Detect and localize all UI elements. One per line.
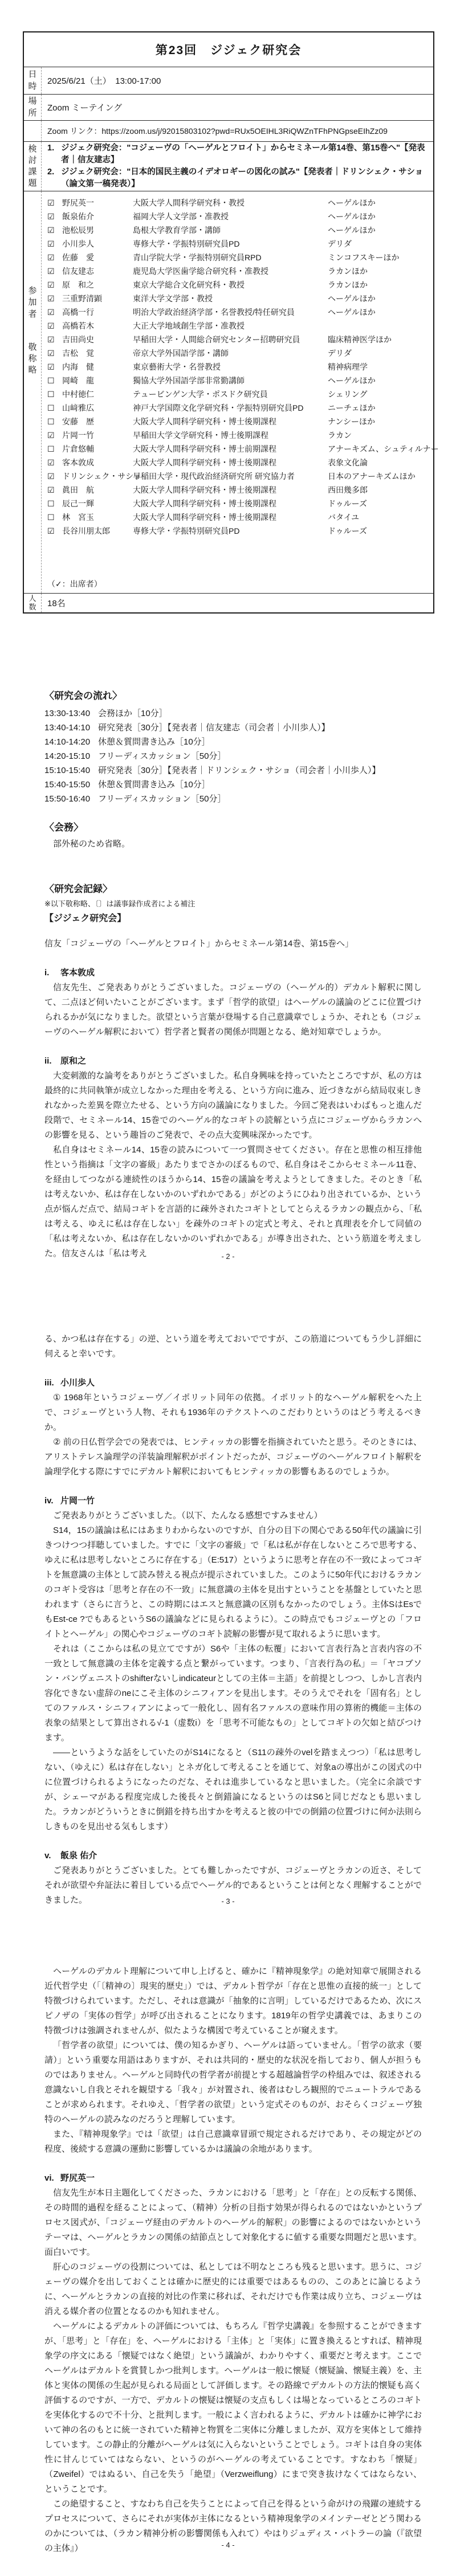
participant-name: 内海 健 <box>62 361 133 373</box>
comment-paragraph: 信友先生が本日主題化してくださった、ラカンにおける「思考」と「存在」との反転する… <box>44 2186 422 2260</box>
participant-field: 日本のアナーキズムほか <box>328 471 439 482</box>
commenter-heading: vi.野尻英一 <box>44 2170 422 2186</box>
participants-row: 参加者 敬称略 ☑ 野尻英一 大阪大学人間科学研究科・教授 ヘーゲルほか ☑ 飯… <box>24 191 433 593</box>
participant-affiliation: 帝京大学外国語学部・講師 <box>133 347 328 359</box>
participant-row: ☑ 飯泉佑介 福岡大学人文学部・准教授 ヘーゲルほか <box>47 210 439 223</box>
topic-text: ジジェク研究会："コジェーヴの「ヘーゲルとフロイト」からセミネール第14巻、第1… <box>61 142 427 166</box>
schedule-item: 13:40-14:10 研究発表［30分］【発表者｜信友建志（司会者｜小川歩人）… <box>44 721 422 735</box>
participant-name: 吉松 覚 <box>62 347 133 359</box>
attendance-checkbox-icon: ☑ <box>47 458 62 468</box>
participant-field: 臨床精神医学ほか <box>328 334 439 345</box>
meeting-info-table: 第23回 ジジェク研究会 日時 2025/6/21（土） 13:00-17:00… <box>23 31 434 614</box>
participant-row: ☑ 高橋若木 大正大学地域創生学部・准教授 <box>47 319 439 333</box>
comment-paragraph: ご発表ありがとうございました。（以下、たんなる感想ですみません） <box>44 1508 422 1523</box>
flow-heading: 〈研究会の流れ〉 <box>44 688 422 704</box>
comment-paragraph: それは（ここからは私の見立てですが）S6や「主体の転覆」において言表行為と言表内… <box>44 1642 422 1745</box>
participant-name: 佐藤 愛 <box>62 252 133 263</box>
schedule-item: 15:50-16:40 フリーディスカッション［50分］ <box>44 792 422 806</box>
participant-affiliation: 大阪大学人間科学研究科・博士後期課程 <box>133 457 328 468</box>
attendance-checkbox-icon: ☑ <box>47 335 62 345</box>
participant-row: ☑ 長谷川朋太郎 専修大学・学振特別研究員PD ドゥルーズ <box>47 524 439 538</box>
datetime-label: 日時 <box>24 67 42 94</box>
topic-number: 1. <box>47 142 61 166</box>
topic-item: 1. ジジェク研究会："コジェーヴの「ヘーゲルとフロイト」からセミネール第14巻… <box>47 142 427 166</box>
comment-number: ii. <box>44 1053 60 1069</box>
participant-affiliation: 大阪大学人間科学研究科・博士後期課程 <box>133 512 328 523</box>
participant-field: ヘーゲルほか <box>328 224 439 236</box>
commenter-name: 飯泉 佑介 <box>60 1851 97 1861</box>
participant-name: 吉田尚史 <box>62 334 133 345</box>
participant-field: 精神病理学 <box>328 361 439 373</box>
participant-affiliation: 大阪大学人間科学研究科・博士後期課程 <box>133 416 328 427</box>
participant-name: 岡崎 龍 <box>62 375 133 386</box>
participant-name: 山﨑雅広 <box>62 402 133 414</box>
participant-row: ☑ 野尻英一 大阪大学人間科学研究科・教授 ヘーゲルほか <box>47 196 439 210</box>
comment-paragraph: 大変刺激的な論考をありがとうございました。私自身興味を持っていたところですが、私… <box>44 1069 422 1143</box>
comment-paragraph: S14，15の議論は私にはあまりわからないのですが、自分の目下の関心である50年… <box>44 1523 422 1642</box>
attendance-checkbox-icon: ☑ <box>47 253 62 263</box>
attendance-checkbox-icon: ☑ <box>47 526 62 536</box>
page-title: 第23回 ジジェク研究会 <box>24 32 433 67</box>
participant-affiliation: 神戸大学国際文化学研究科・学振特別研究員PD <box>133 402 328 414</box>
participant-row: ☑ 内海 健 東京藝術大学・名誉教授 精神病理学 <box>47 360 439 374</box>
comment-paragraph: ② 前の日仏哲学会での発表では、ヒンティッカの影響を指摘されていたと思う。そのと… <box>44 1435 422 1479</box>
attendance-checkbox-icon: ☐ <box>47 390 62 399</box>
schedule-list: 13:30-13:40 会務ほか［10分］ 13:40-14:10 研究発表［3… <box>44 706 422 806</box>
participant-field: 表象文化論 <box>328 457 439 468</box>
participant-row: ☑ 吉松 覚 帝京大学外国語学部・講師 デリダ <box>47 346 439 360</box>
participant-affiliation: 早稲田大学・人間総合研究センター招聘研究員 <box>133 334 328 345</box>
schedule-item: 14:10-14:20 休憩＆質問書き込み［10分］ <box>44 735 422 749</box>
participant-affiliation: 青山学院大学・学振特別研究員RPD <box>133 252 328 263</box>
participant-affiliation: 東京藝術大学・名誉教授 <box>133 361 328 373</box>
participant-field: ラカンほか <box>328 279 439 291</box>
participant-field: ヘーゲルほか <box>328 211 439 222</box>
comment-number: iii. <box>44 1375 60 1391</box>
participant-name: 眞田 航 <box>62 484 133 496</box>
comment-section-ii: ii.原和之 大変刺激的な論考をありがとうございました。私自身興味を持っていたと… <box>44 1053 422 1261</box>
comment-section-iv: iv.片岡一竹 ご発表ありがとうございました。（以下、たんなる感想ですみません）… <box>44 1493 422 1834</box>
comment-number: iv. <box>44 1493 60 1508</box>
participant-field: ドゥルーズ <box>328 525 439 537</box>
kiroku-subheading: 【ジジェク研究会】 <box>44 911 422 926</box>
attendance-checkbox-icon: ☑ <box>47 280 62 290</box>
attendance-checkbox-icon: ☑ <box>47 321 62 331</box>
place-value: Zoom ミーテイング <box>42 95 433 120</box>
schedule-time: 15:10-15:40 <box>44 763 98 778</box>
participant-name: 片倉悠輔 <box>62 443 133 455</box>
page-number-footer: - 2 - <box>0 1252 456 1261</box>
participant-name: 中村徳仁 <box>62 389 133 400</box>
schedule-time: 13:40-14:10 <box>44 721 98 735</box>
kaimu-heading: 〈会務〉 <box>44 820 422 836</box>
participant-row: ☑ 客本敦成 大阪大学人間科学研究科・博士後期課程 表象文化論 <box>47 456 439 469</box>
commenter-name: 原和之 <box>60 1056 86 1066</box>
participant-row: ☐ 岡崎 龍 獨協大学外国語学部非常勤講師 ヘーゲルほか <box>47 374 439 387</box>
participant-row: ☑ 片岡一竹 早稲田大学文学研究科・博士後期課程 ラカン <box>47 428 439 442</box>
datetime-row: 日時 2025/6/21（土） 13:00-17:00 <box>24 67 433 94</box>
kaimu-body: 部外秘のため省略。 <box>44 837 422 852</box>
participant-row: ☑ ドリンシェク・サショ 早稲田大学・現代政治経済研究所 研究協力者 日本のアナ… <box>47 469 439 483</box>
attendance-checkbox-icon: ☑ <box>47 308 62 317</box>
datetime-value: 2025/6/21（土） 13:00-17:00 <box>42 67 433 94</box>
participant-field: ミンコフスキーほか <box>328 252 439 263</box>
participant-affiliation: 東洋大学文学部・教授 <box>133 293 328 304</box>
participant-field: シェリング <box>328 389 439 400</box>
participant-affiliation: 東京大学総合文化研究科・教授 <box>133 279 328 291</box>
commenter-name: 客本敦成 <box>60 968 95 978</box>
count-label: 人数 <box>24 594 42 612</box>
page-2-body: 〈研究会の流れ〉 13:30-13:40 会務ほか［10分］ 13:40-14:… <box>44 688 422 1261</box>
participant-name: 辰己一輝 <box>62 498 133 509</box>
document-page: 第23回 ジジェク研究会 日時 2025/6/21（土） 13:00-17:00… <box>0 0 456 2576</box>
attendance-note: （✓：出席者） <box>47 578 102 590</box>
attendance-checkbox-icon: ☐ <box>47 499 62 509</box>
participant-row: ☑ 池松辰男 島根大学教育学部・講師 ヘーゲルほか <box>47 223 439 237</box>
attendance-checkbox-icon: ☐ <box>47 376 62 386</box>
attendance-checkbox-icon: ☑ <box>47 226 62 235</box>
attendance-checkbox-icon: ☐ <box>47 444 62 454</box>
participant-affiliation: 大阪大学人間科学研究科・博士後期課程 <box>133 484 328 496</box>
participant-field: ラカンほか <box>328 265 439 277</box>
topics-label: 検討課題 <box>24 142 42 191</box>
participants-label: 参加者 敬称略 <box>24 191 42 593</box>
participant-field: アナーキズム、シュティルナー <box>328 443 439 455</box>
participant-affiliation: 専修大学・学振特別研究員PD <box>133 238 328 250</box>
participant-field: デリダ <box>328 347 439 359</box>
attendance-checkbox-icon: ☑ <box>47 294 62 304</box>
topics-row: 検討課題 1. ジジェク研究会："コジェーヴの「ヘーゲルとフロイト」からセミネー… <box>24 141 433 191</box>
comment-paragraph: ① 1968年というコジェーヴ／イポリット同年の依拠。イポリット的なヘーゲル解釈… <box>44 1391 422 1435</box>
comment-number: vi. <box>44 2170 60 2186</box>
place-label-text: 場所 <box>28 96 37 119</box>
participant-name: 飯泉佑介 <box>62 211 133 222</box>
count-value: 18名 <box>42 594 433 612</box>
participant-field: ドゥルーズ <box>328 498 439 509</box>
attendance-checkbox-icon: ☑ <box>47 472 62 481</box>
participant-row: ☐ 辰己一輝 大阪大学人間科学研究科・博士後期課程 ドゥルーズ <box>47 497 439 510</box>
schedule-item: 14:20-15:10 フリーディスカッション［50分］ <box>44 749 422 763</box>
participant-affiliation: 明治大学政治経済学部・名誉教授/特任研究員 <box>133 306 328 318</box>
datetime-label-text: 日時 <box>28 69 37 92</box>
kiroku-heading: 〈研究会記録〉 <box>44 881 422 897</box>
participant-name: 客本敦成 <box>62 457 133 468</box>
comment-paragraph: 肝心のコジェーヴの役割については、私としては不明なところも残ると思います。思うに… <box>44 2260 422 2319</box>
commenter-heading: i.客本敦成 <box>44 965 422 980</box>
schedule-time: 14:20-15:10 <box>44 749 98 763</box>
schedule-description: 研究発表［30分］【発表者｜信友建志（司会者｜小川歩人）】 <box>98 721 422 735</box>
participant-name: 林 宮玉 <box>62 512 133 523</box>
topic-item: 2. ジジェク研究会："日本的国民主義のイデオロギーの図化の試み"【発表者｜ドリ… <box>47 166 427 190</box>
participant-name: 三重野清顕 <box>62 293 133 304</box>
attendance-checkbox-icon: ☑ <box>47 431 62 440</box>
participant-name: 野尻英一 <box>62 197 133 208</box>
place-label: 場所 <box>24 95 42 120</box>
schedule-item: 13:30-13:40 会務ほか［10分］ <box>44 706 422 721</box>
participant-name: 片岡一竹 <box>62 430 133 441</box>
participant-row: ☐ 安藤 歴 大阪大学人間科学研究科・博士後期課程 ナンシーほか <box>47 415 439 428</box>
participant-name: ドリンシェク・サショ <box>62 471 133 482</box>
participant-affiliation: 大阪大学人間科学研究科・博士前期課程 <box>133 443 328 455</box>
participant-name: 高橋一行 <box>62 306 133 318</box>
schedule-time: 14:10-14:20 <box>44 735 98 749</box>
comment-section-vi: vi.野尻英一 信友先生が本日主題化してくださった、ラカンにおける「思考」と「存… <box>44 2170 422 2556</box>
page-4-body: ヘーゲルのデカルト理解について申し上げると、確かに『精神現象学』の絶対知章で展開… <box>44 1964 422 2556</box>
schedule-description: 休憩＆質問書き込み［10分］ <box>98 778 422 792</box>
attendance-checkbox-icon: ☑ <box>47 267 62 276</box>
participant-field: デリダ <box>328 238 439 250</box>
page-number-footer: - 3 - <box>0 1897 456 1906</box>
participants-label-text: 参加者 <box>28 285 37 320</box>
zoom-link-label-cell <box>24 121 42 141</box>
schedule-item: 15:40-15:50 休憩＆質問書き込み［10分］ <box>44 778 422 792</box>
attendance-checkbox-icon: ☑ <box>47 485 62 495</box>
participant-field: バタイユ <box>328 512 439 523</box>
schedule-time: 13:30-13:40 <box>44 706 98 721</box>
participant-name: 信友建志 <box>62 265 133 277</box>
participant-field: ヘーゲルほか <box>328 197 439 208</box>
participant-row: ☐ 林 宮玉 大阪大学人間科学研究科・博士後期課程 バタイユ <box>47 510 439 524</box>
commenter-heading: iii.小川歩人 <box>44 1375 422 1391</box>
participant-field: ラカン <box>328 430 439 441</box>
participant-row: ☑ 原 和之 東京大学総合文化研究科・教授 ラカンほか <box>47 278 439 292</box>
participant-name: 原 和之 <box>62 279 133 291</box>
schedule-description: フリーディスカッション［50分］ <box>98 792 422 806</box>
count-row: 人数 18名 <box>24 593 433 612</box>
participant-field: ナンシーほか <box>328 416 439 427</box>
participants-list: ☑ 野尻英一 大阪大学人間科学研究科・教授 ヘーゲルほか ☑ 飯泉佑介 福岡大学… <box>42 191 445 593</box>
participant-field: 西田幾多郎 <box>328 484 439 496</box>
commenter-heading: ii.原和之 <box>44 1053 422 1069</box>
schedule-time: 15:50-16:40 <box>44 792 98 806</box>
count-label-text: 人数 <box>29 595 36 612</box>
topics-list: 1. ジジェク研究会："コジェーヴの「ヘーゲルとフロイト」からセミネール第14巻… <box>42 142 433 191</box>
participant-name: 高橋若木 <box>62 320 133 332</box>
participant-name: 池松辰男 <box>62 224 133 236</box>
continued-paragraph: ヘーゲルのデカルト理解について申し上げると、確かに『精神現象学』の絶対知章で展開… <box>44 1964 422 2038</box>
page-3-body: る、かつ私は存在する」の逆、という道を考えておいでですが、この筋道についてもう少… <box>44 1332 422 1908</box>
comment-paragraph: ヘーゲルによるデカルトの評価については、もちろん『哲学史講義』を参照することがで… <box>44 2319 422 2497</box>
participant-affiliation: 鹿児島大学医歯学総合研究科・准教授 <box>133 265 328 277</box>
participant-row: ☑ 高橋一行 明治大学政治経済学部・名誉教授/特任研究員 ヘーゲルほか <box>47 305 439 319</box>
comment-paragraph: 信友先生、ご発表ありがとうございました。コジェーヴの（ヘーゲル的）デカルト解釈に… <box>44 980 422 1040</box>
attendance-checkbox-icon: ☐ <box>47 513 62 522</box>
zoom-link-row: Zoom リンク：https://zoom.us/j/92015803102?p… <box>24 120 433 141</box>
participant-affiliation: 大阪大学人間科学研究科・博士後期課程 <box>133 498 328 509</box>
participant-row: ☑ 吉田尚史 早稲田大学・人間総合研究センター招聘研究員 臨床精神医学ほか <box>47 333 439 346</box>
topic-text: ジジェク研究会："日本的国民主義のイデオロギーの図化の試み"【発表者｜ドリンシェ… <box>61 166 427 190</box>
participant-affiliation: 専修大学・学振特別研究員PD <box>133 525 328 537</box>
participant-affiliation: 早稲田大学文学研究科・博士後期課程 <box>133 430 328 441</box>
zoom-link-text: Zoom リンク：https://zoom.us/j/92015803102?p… <box>42 121 433 141</box>
comment-section-i: i.客本敦成 信友先生、ご発表ありがとうございました。コジェーヴの（ヘーゲル的）… <box>44 965 422 1040</box>
participant-field: ヘーゲルほか <box>328 375 439 386</box>
kiroku-note: ※以下敬称略、〔〕は議事録作成者による補注 <box>44 897 422 911</box>
participant-affiliation: 大阪大学人間科学研究科・教授 <box>133 197 328 208</box>
comment-paragraph: 私自身はセミネール14、15巻の読みについて一つ質問させてください。存在と思惟の… <box>44 1143 422 1261</box>
page-number-footer: - 4 - <box>0 2541 456 2549</box>
comment-number: i. <box>44 965 60 980</box>
topics-label-text: 検討課題 <box>28 144 37 190</box>
schedule-description: 研究発表［30分］【発表者｜ドリンシェク・サショ（司会者｜小川歩人）】 <box>98 763 422 778</box>
presentation-title: 信友「コジェーヴの「ヘーゲルとフロイト」からセミネール第14巻、第15巻へ」 <box>44 937 422 951</box>
participants-sublabel-text: 敬称略 <box>28 342 37 377</box>
commenter-name: 小川歩人 <box>60 1378 95 1388</box>
participant-row: ☑ 小川歩人 専修大学・学振特別研究員PD デリダ <box>47 237 439 251</box>
participant-field: ヘーゲルほか <box>328 293 439 304</box>
attendance-checkbox-icon: ☑ <box>47 239 62 249</box>
participant-affiliation: 早稲田大学・現代政治経済研究所 研究協力者 <box>133 471 328 482</box>
attendance-checkbox-icon: ☐ <box>47 417 62 427</box>
schedule-description: フリーディスカッション［50分］ <box>98 749 422 763</box>
commenter-name: 片岡一竹 <box>60 1496 95 1506</box>
comment-number: v. <box>44 1848 60 1863</box>
participant-affiliation: 大正大学地域創生学部・准教授 <box>133 320 328 332</box>
schedule-description: 会務ほか［10分］ <box>98 706 422 721</box>
place-row: 場所 Zoom ミーテイング <box>24 94 433 120</box>
participant-name: 小川歩人 <box>62 238 133 250</box>
participant-name: 長谷川朋太郎 <box>62 525 133 537</box>
commenter-name: 野尻英一 <box>60 2173 95 2183</box>
schedule-time: 15:40-15:50 <box>44 778 98 792</box>
attendance-checkbox-icon: ☑ <box>47 362 62 372</box>
comment-section-iii: iii.小川歩人 ① 1968年というコジェーヴ／イポリット同年の依拠。イポリッ… <box>44 1375 422 1479</box>
participant-name: 安藤 歴 <box>62 416 133 427</box>
meeting-title: 第23回 ジジェク研究会 <box>156 41 302 58</box>
attendance-checkbox-icon: ☑ <box>47 212 62 222</box>
participant-field: ヘーゲルほか <box>328 306 439 318</box>
schedule-description: 休憩＆質問書き込み［10分］ <box>98 735 422 749</box>
participant-row: ☑ 佐藤 愛 青山学院大学・学振特別研究員RPD ミンコフスキーほか <box>47 251 439 264</box>
participant-row: ☑ 眞田 航 大阪大学人間科学研究科・博士後期課程 西田幾多郎 <box>47 483 439 497</box>
participant-row: ☑ 三重野清顕 東洋大学文学部・教授 ヘーゲルほか <box>47 292 439 305</box>
participant-field: ニーチェほか <box>328 402 439 414</box>
participant-row: ☐ 山﨑雅広 神戸大学国際文化学研究科・学振特別研究員PD ニーチェほか <box>47 401 439 415</box>
participant-row: ☐ 片倉悠輔 大阪大学人間科学研究科・博士前期課程 アナーキズム、シュティルナー <box>47 442 439 456</box>
topic-number: 2. <box>47 166 61 190</box>
continued-paragraph: る、かつ私は存在する」の逆、という道を考えておいでですが、この筋道についてもう少… <box>44 1332 422 1361</box>
schedule-item: 15:10-15:40 研究発表［30分］【発表者｜ドリンシェク・サショ（司会者… <box>44 763 422 778</box>
participant-affiliation: 島根大学教育学部・講師 <box>133 224 328 236</box>
attendance-checkbox-icon: ☐ <box>47 403 62 413</box>
commenter-heading: v.飯泉 佑介 <box>44 1848 422 1863</box>
comment-paragraph: ――というような話をしていたのがS14になると（S11の疎外のvelを踏まえつつ… <box>44 1745 422 1834</box>
continued-paragraph: 「哲学者の欲望」については、僕の知るかぎり、ヘーゲルは語っていません。「哲学の欲… <box>44 2038 422 2127</box>
participant-row: ☑ 信友建志 鹿児島大学医歯学総合研究科・准教授 ラカンほか <box>47 264 439 278</box>
participant-row: ☐ 中村徳仁 テュービンゲン大学・ポスドク研究員 シェリング <box>47 387 439 401</box>
participant-affiliation: テュービンゲン大学・ポスドク研究員 <box>133 389 328 400</box>
attendance-checkbox-icon: ☑ <box>47 198 62 208</box>
continued-paragraph: また、『精神現象学』では「欲望」は自己意識章冒頭で規定されるだけであり、その規定… <box>44 2127 422 2157</box>
participant-affiliation: 福岡大学人文学部・准教授 <box>133 211 328 222</box>
attendance-checkbox-icon: ☑ <box>47 349 62 358</box>
participant-affiliation: 獨協大学外国語学部非常勤講師 <box>133 375 328 386</box>
commenter-heading: iv.片岡一竹 <box>44 1493 422 1508</box>
